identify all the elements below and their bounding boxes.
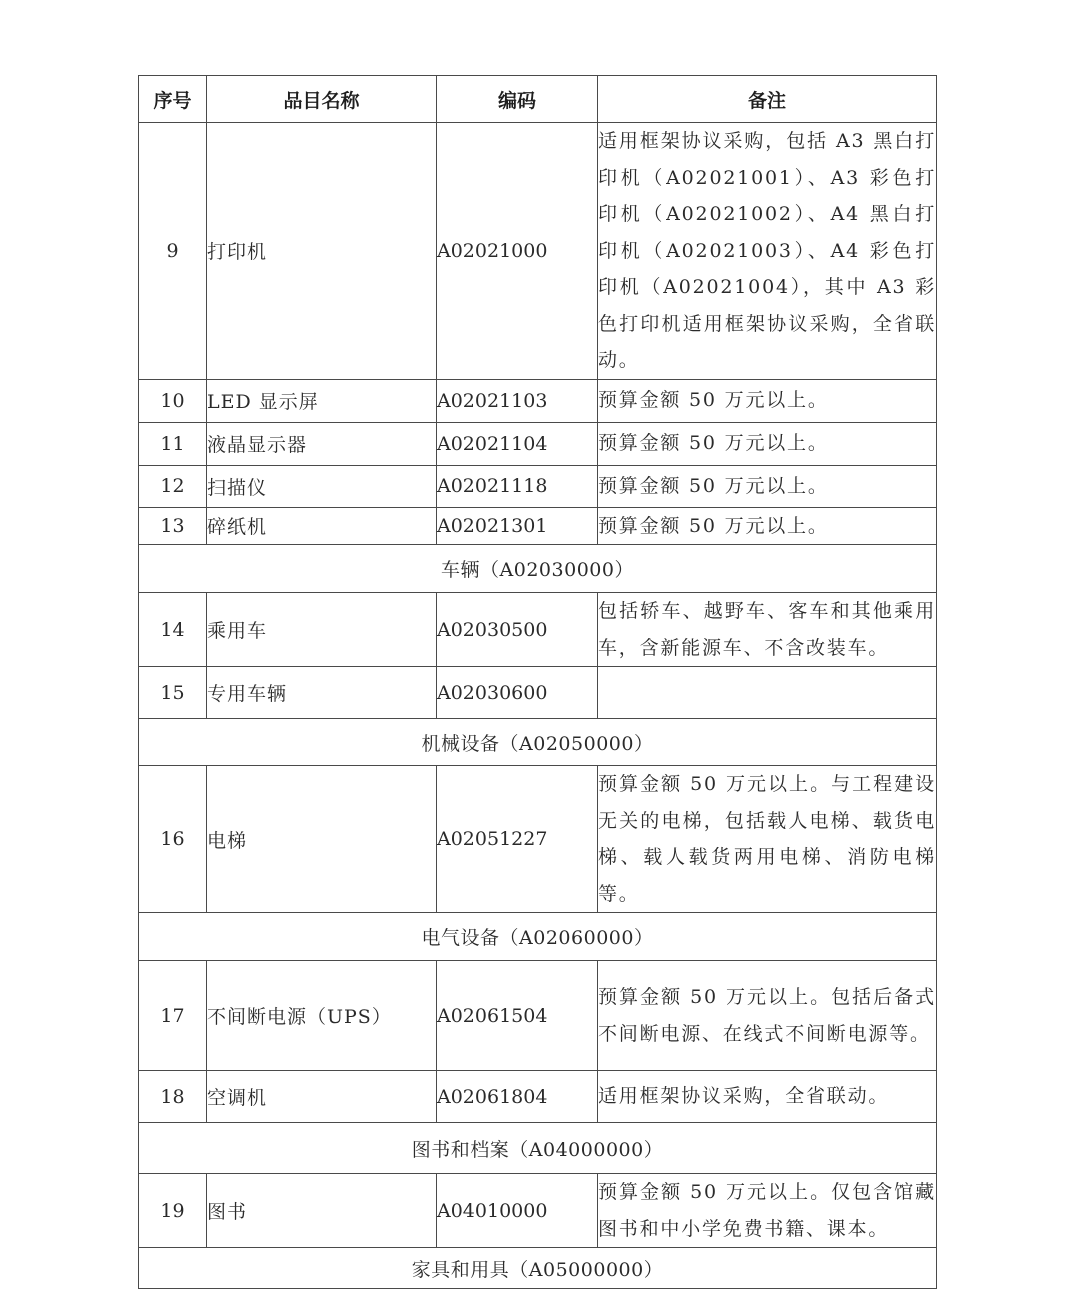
cell-code: A04010000: [437, 1174, 598, 1248]
cell-item-name: 电梯: [207, 766, 437, 913]
cell-item-name: 液晶显示器: [207, 422, 437, 465]
cell-item-name: 打印机: [207, 123, 437, 380]
category-label: 家具和用具（A05000000）: [139, 1248, 937, 1289]
header-remarks: 备注: [598, 76, 937, 123]
cell-item-name: 专用车辆: [207, 667, 437, 719]
table-row: 16 电梯 A02051227 预算金额 50 万元以上。与工程建设无关的电梯，…: [139, 766, 937, 913]
cell-index: 11: [139, 422, 207, 465]
cell-code: A02021000: [437, 123, 598, 380]
category-row: 图书和档案（A04000000）: [139, 1123, 937, 1174]
table-row: 14 乘用车 A02030500 包括轿车、越野车、客车和其他乘用车，含新能源车…: [139, 593, 937, 667]
cell-index: 19: [139, 1174, 207, 1248]
cell-item-name: LED 显示屏: [207, 379, 437, 422]
category-row: 电气设备（A02060000）: [139, 913, 937, 961]
cell-remarks: 预算金额 50 万元以上。仅包含馆藏图书和中小学免费书籍、课本。: [598, 1174, 937, 1248]
cell-code: A02021103: [437, 379, 598, 422]
cell-remarks: 预算金额 50 万元以上。: [598, 507, 937, 545]
table-row: 10 LED 显示屏 A02021103 预算金额 50 万元以上。: [139, 379, 937, 422]
cell-remarks: 适用框架协议采购，包括 A3 黑白打印机（A02021001）、A3 彩色打印机…: [598, 123, 937, 380]
header-item-name: 品目名称: [207, 76, 437, 123]
table-row: 12 扫描仪 A02021118 预算金额 50 万元以上。: [139, 465, 937, 507]
cell-item-name: 乘用车: [207, 593, 437, 667]
header-index: 序号: [139, 76, 207, 123]
cell-index: 15: [139, 667, 207, 719]
cell-index: 17: [139, 961, 207, 1071]
cell-remarks: 预算金额 50 万元以上。: [598, 379, 937, 422]
cell-remarks: 预算金额 50 万元以上。与工程建设无关的电梯，包括载人电梯、载货电梯、载人载货…: [598, 766, 937, 913]
cell-code: A02021118: [437, 465, 598, 507]
category-row: 家具和用具（A05000000）: [139, 1248, 937, 1289]
cell-index: 16: [139, 766, 207, 913]
cell-code: A02021301: [437, 507, 598, 545]
cell-remarks: 包括轿车、越野车、客车和其他乘用车，含新能源车、不含改装车。: [598, 593, 937, 667]
cell-remarks: [598, 667, 937, 719]
category-label: 机械设备（A02050000）: [139, 719, 937, 766]
cell-remarks: 预算金额 50 万元以上。: [598, 422, 937, 465]
cell-item-name: 扫描仪: [207, 465, 437, 507]
cell-item-name: 不间断电源（UPS）: [207, 961, 437, 1071]
cell-code: A02061504: [437, 961, 598, 1071]
cell-remarks: 适用框架协议采购，全省联动。: [598, 1071, 937, 1123]
table-row: 19 图书 A04010000 预算金额 50 万元以上。仅包含馆藏图书和中小学…: [139, 1174, 937, 1248]
cell-item-name: 图书: [207, 1174, 437, 1248]
category-label: 车辆（A02030000）: [139, 545, 937, 593]
cell-code: A02061804: [437, 1071, 598, 1123]
cell-remarks: 预算金额 50 万元以上。: [598, 465, 937, 507]
category-row: 车辆（A02030000）: [139, 545, 937, 593]
cell-index: 10: [139, 379, 207, 422]
cell-code: A02051227: [437, 766, 598, 913]
category-label: 电气设备（A02060000）: [139, 913, 937, 961]
cell-code: A02030500: [437, 593, 598, 667]
category-label: 图书和档案（A04000000）: [139, 1123, 937, 1174]
table-row: 18 空调机 A02061804 适用框架协议采购，全省联动。: [139, 1071, 937, 1123]
table-row: 15 专用车辆 A02030600: [139, 667, 937, 719]
cell-index: 9: [139, 123, 207, 380]
cell-index: 13: [139, 507, 207, 545]
table-header-row: 序号 品目名称 编码 备注: [139, 76, 937, 123]
cell-index: 14: [139, 593, 207, 667]
header-code: 编码: [437, 76, 598, 123]
cell-code: A02030600: [437, 667, 598, 719]
table-row: 11 液晶显示器 A02021104 预算金额 50 万元以上。: [139, 422, 937, 465]
procurement-catalog-table: 序号 品目名称 编码 备注 9 打印机 A02021000 适用框架协议采购，包…: [138, 75, 937, 1289]
cell-code: A02021104: [437, 422, 598, 465]
cell-index: 12: [139, 465, 207, 507]
category-row: 机械设备（A02050000）: [139, 719, 937, 766]
cell-index: 18: [139, 1071, 207, 1123]
table-row: 17 不间断电源（UPS） A02061504 预算金额 50 万元以上。包括后…: [139, 961, 937, 1071]
cell-item-name: 空调机: [207, 1071, 437, 1123]
table-row: 13 碎纸机 A02021301 预算金额 50 万元以上。: [139, 507, 937, 545]
table-row: 9 打印机 A02021000 适用框架协议采购，包括 A3 黑白打印机（A02…: [139, 123, 937, 380]
cell-remarks: 预算金额 50 万元以上。包括后备式不间断电源、在线式不间断电源等。: [598, 961, 937, 1071]
cell-item-name: 碎纸机: [207, 507, 437, 545]
